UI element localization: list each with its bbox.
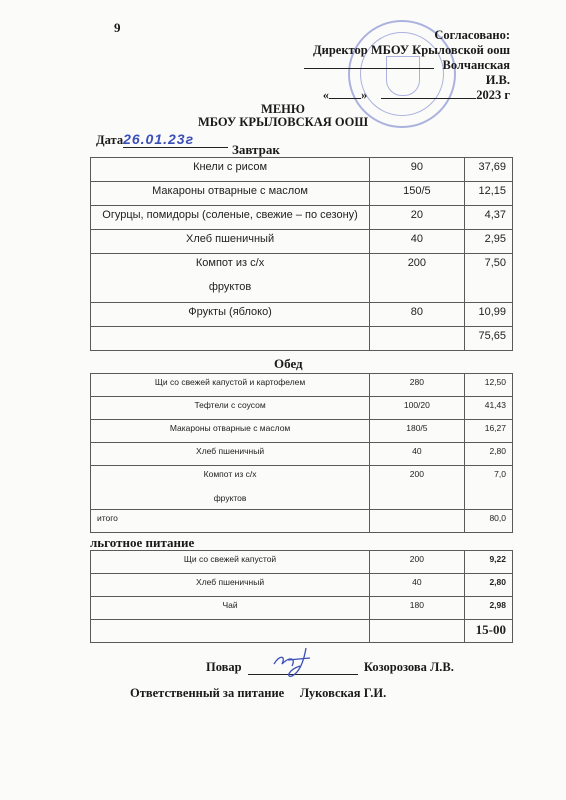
total-row: 75,65 [91, 327, 513, 351]
table-row: Компот из с/хфруктов2007,0 [91, 466, 513, 510]
approval-position: Директор МБОУ Крыловской оош [285, 43, 510, 58]
cook-label: Повар [206, 660, 242, 674]
approval-date-line: «»2023 г [285, 88, 510, 103]
subsidized-total: 15-00 [464, 620, 512, 643]
handwritten-signature-icon [270, 646, 330, 680]
table-row: Макароны отварные с маслом150/512,15 [91, 182, 513, 206]
breakfast-table: Кнели с рисом9037,69 Макароны отварные с… [90, 157, 513, 351]
table-row: Хлеб пшеничный402,80 [91, 443, 513, 466]
table-row: Фрукты (яблоко)8010,99 [91, 303, 513, 327]
table-row: Компот из с/хфруктов2007,50 [91, 254, 513, 303]
approval-heading: Согласовано: [285, 28, 510, 43]
date-line: Дата26.01.23г [96, 131, 228, 148]
table-row: Тефтели с соусом100/2041,43 [91, 397, 513, 420]
section-title-lunch: Обед [274, 356, 303, 372]
responsible-label: Ответственный за питание [130, 686, 284, 700]
signature-field [248, 660, 358, 675]
section-title-subsidized: льготное питание [90, 535, 194, 551]
school-name: МБОУ КРЫЛОВСКАЯ ООШ [0, 115, 566, 130]
table-row: Кнели с рисом9037,69 [91, 158, 513, 182]
lunch-total-label: итого [91, 510, 370, 533]
subsidized-table: Щи со свежей капустой2009,22 Хлеб пшенич… [90, 550, 513, 643]
director-name: Волчанская И.В. [442, 58, 510, 87]
section-title-breakfast: Завтрак [232, 142, 280, 158]
approval-year: 2023 г [476, 88, 510, 102]
approval-signature-line: Волчанская И.В. [285, 58, 510, 88]
table-row: Огурцы, помидоры (соленые, свежие – по с… [91, 206, 513, 230]
lunch-total: 80,0 [464, 510, 512, 533]
page-number: 9 [114, 20, 121, 36]
lunch-table: Щи со свежей капустой и картофелем28012,… [90, 373, 513, 533]
total-row: итого80,0 [91, 510, 513, 533]
approval-block: Согласовано: Директор МБОУ Крыловской оо… [285, 28, 510, 103]
responsible-name: Луковская Г.И. [300, 686, 386, 700]
breakfast-total: 75,65 [464, 327, 512, 351]
table-row: Щи со свежей капустой2009,22 [91, 551, 513, 574]
responsible-line: Ответственный за питание Луковская Г.И. [130, 686, 386, 701]
cook-signature-line: Повар Козорозова Л.В. [206, 660, 454, 675]
table-row: Хлеб пшеничный402,95 [91, 230, 513, 254]
date-value: 26.01.23г [123, 131, 228, 148]
total-row: 15-00 [91, 620, 513, 643]
table-row: Макароны отварные с маслом180/516,27 [91, 420, 513, 443]
cook-name: Козорозова Л.В. [364, 660, 454, 674]
table-row: Чай1802,98 [91, 597, 513, 620]
table-row: Хлеб пшеничный402,80 [91, 574, 513, 597]
table-row: Щи со свежей капустой и картофелем28012,… [91, 374, 513, 397]
date-label: Дата [96, 133, 123, 147]
